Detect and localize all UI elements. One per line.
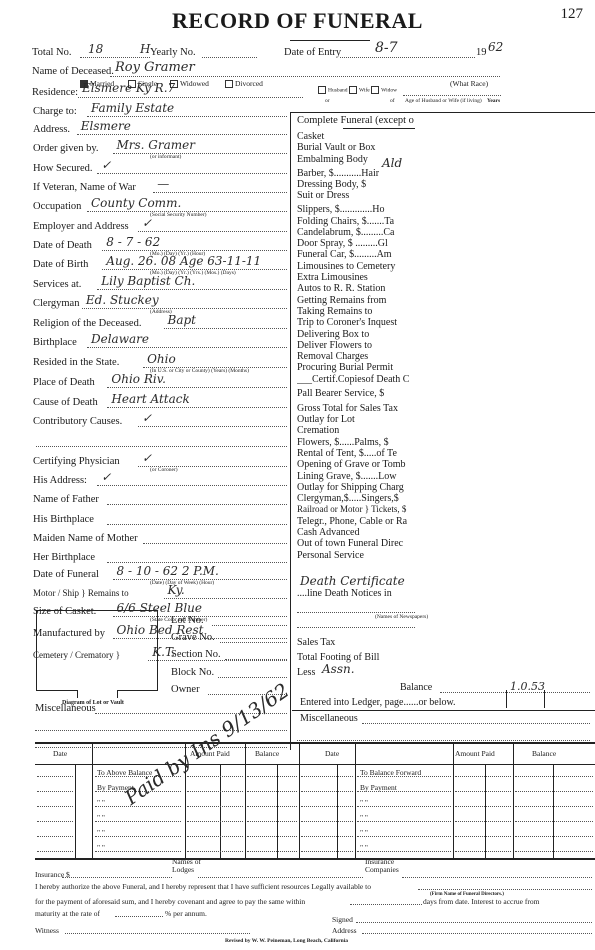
field-value[interactable]: ✓ — [142, 411, 152, 425]
insurance-companies-label: Insurance Companies — [365, 858, 410, 874]
ledger-right-date-header: Date — [325, 749, 339, 758]
date-of-entry-value[interactable]: 8-7 — [375, 40, 398, 56]
lodges-input[interactable] — [198, 877, 363, 878]
field-input[interactable] — [153, 192, 287, 193]
ledger-entry-label: Entered into Ledger, page......or below. — [300, 697, 456, 708]
field-input[interactable] — [164, 598, 288, 599]
ledger-header-rule — [35, 764, 595, 765]
spouse-wife[interactable]: Wife — [359, 87, 370, 93]
field-value[interactable]: County Comm. — [91, 196, 181, 210]
field-input[interactable] — [107, 524, 287, 525]
ledger-col-line — [485, 764, 486, 858]
grave-no-input[interactable] — [220, 642, 287, 643]
field-label: If Veteran, Name of War — [33, 182, 136, 193]
section-no-input[interactable] — [225, 659, 287, 660]
marital-label: Widowed — [180, 79, 209, 88]
field-label: Date of Death — [33, 240, 92, 251]
lot-diagram-post-left — [77, 690, 78, 698]
ledger-cell-input[interactable] — [301, 776, 353, 777]
charges-panel-border — [290, 678, 291, 750]
balance-divider — [544, 690, 545, 708]
ledger-cell-input[interactable] — [455, 791, 511, 792]
field-input[interactable] — [87, 347, 287, 348]
checkbox-icon — [371, 86, 379, 94]
miscellaneous-left-line2[interactable] — [35, 730, 287, 731]
charge-item[interactable]: Extra Limousines — [297, 272, 415, 283]
ledger-cell-input[interactable] — [247, 776, 297, 777]
charges-header-underline — [343, 128, 415, 129]
age-spouse-label: Age of Husband or Wife (if living) — [405, 98, 482, 104]
less-value[interactable]: Assn. — [322, 662, 355, 676]
field-value[interactable]: Ky. — [168, 583, 185, 597]
ledger-col-line — [245, 744, 246, 858]
field-label: His Birthplace — [33, 514, 94, 525]
firm-name-input[interactable] — [418, 889, 592, 890]
miscellaneous-left-label: Miscellaneous — [35, 703, 96, 714]
newspapers-note: (Names of Newspapers) — [375, 614, 428, 620]
year-value[interactable]: 62 — [488, 40, 503, 54]
charge-item[interactable]: Opening of Grave or Tomb — [297, 459, 415, 470]
total-no-value[interactable]: 18 — [88, 42, 103, 56]
signed-input[interactable] — [356, 922, 592, 923]
yearly-no-line — [202, 57, 257, 58]
spouse-options: Husband Wife Widow — [318, 86, 397, 94]
ledger-cell-input[interactable] — [187, 776, 243, 777]
insurance-input[interactable] — [62, 877, 172, 878]
ledger-cell-input[interactable] — [455, 776, 511, 777]
miscellaneous-right-line2[interactable] — [297, 740, 590, 741]
lot-diagram-base-left — [36, 690, 77, 691]
name-line — [110, 76, 500, 77]
residence-value[interactable]: Elsmere Ky R.7 — [82, 81, 175, 95]
date-of-entry-line — [340, 57, 475, 58]
ledger-cell-input[interactable] — [95, 836, 181, 837]
ledger-cell-input[interactable] — [515, 836, 593, 837]
days-input[interactable] — [350, 904, 422, 905]
field-input[interactable] — [107, 504, 287, 505]
date-of-entry-label: Date of Entry — [284, 47, 341, 58]
ledger-right-balance-header: Balance — [532, 749, 556, 758]
charge-item[interactable]: Lining Grave, $.......Low — [297, 471, 415, 482]
witness-input[interactable] — [65, 933, 250, 934]
witness-label: Witness — [35, 926, 59, 935]
charge-item[interactable]: Cash Advanced — [297, 527, 415, 538]
charge-item[interactable]: Autos to R. R. Station — [297, 283, 415, 294]
charge-item[interactable]: Clergyman,$.....Singers,$ — [297, 493, 415, 504]
ledger-cell-input[interactable] — [515, 821, 593, 822]
miscellaneous-right-label: Miscellaneous — [300, 713, 358, 724]
ledger-cell-input[interactable] — [37, 776, 73, 777]
checkbox-icon — [225, 80, 233, 88]
field-label: Religion of the Deceased. — [33, 318, 141, 329]
less-label: Less — [297, 667, 415, 678]
ledger-cell-input[interactable] — [515, 806, 593, 807]
field-label: Birthplace — [33, 337, 77, 348]
charge-item[interactable]: Outlay for Shipping Charg — [297, 482, 415, 493]
ledger-cell-input[interactable] — [247, 806, 297, 807]
field-input[interactable] — [82, 308, 287, 309]
field-label: Employer and Address — [33, 221, 129, 232]
sales-tax-label: Sales Tax — [297, 637, 415, 648]
field-input[interactable] — [97, 485, 287, 486]
ledger-cell-input[interactable] — [187, 806, 243, 807]
field-label: Motor / Ship } Remains to — [33, 588, 129, 598]
year-prefix: 19 — [476, 47, 487, 58]
field-input[interactable] — [164, 328, 288, 329]
ledger-cell-input[interactable] — [37, 836, 73, 837]
field-input[interactable] — [138, 231, 287, 232]
ledger-cell-input[interactable] — [37, 821, 73, 822]
field-value[interactable]: Aug. 26. 08 Age 63-11-11 — [106, 254, 261, 268]
ledger-cell-input[interactable] — [301, 851, 353, 852]
spouse-or: or — [325, 98, 330, 104]
residence-label: Residence: — [32, 87, 78, 98]
field-label: Services at. — [33, 279, 81, 290]
page-number: 127 — [561, 6, 584, 23]
field-input[interactable] — [107, 562, 287, 563]
balance-value[interactable]: 1.0.53 — [510, 680, 545, 693]
ledger-cell-input[interactable] — [37, 806, 73, 807]
ledger-cell-input[interactable] — [357, 791, 451, 792]
field-value[interactable]: 8 - 10 - 62 2 P.M. — [117, 564, 219, 578]
name-of-deceased-value[interactable]: Roy Gramer — [115, 60, 195, 75]
field-value[interactable]: — — [157, 177, 169, 191]
checkbox-icon — [318, 86, 326, 94]
charge-item[interactable]: Pall Bearer Service, $ — [297, 388, 415, 399]
field-note: (or informant) — [150, 154, 181, 160]
ledger-bottom-rule — [35, 858, 595, 860]
maturity-text: maturity at the rate of — [35, 909, 100, 918]
interest-rate-input[interactable] — [115, 916, 163, 917]
charge-item[interactable]: Deliver Flowers to — [297, 340, 415, 351]
field-input[interactable] — [97, 173, 287, 174]
charge-item[interactable]: Cremation — [297, 425, 415, 436]
ledger-cell-input[interactable] — [357, 821, 451, 822]
ledger-entry-rule — [292, 710, 595, 711]
balance-divider — [506, 690, 507, 708]
field-input[interactable] — [113, 153, 288, 154]
balance-label: Balance — [400, 682, 432, 693]
lot-diagram-post-right — [117, 690, 118, 698]
name-of-deceased-label: Name of Deceased. — [32, 66, 114, 77]
residence-line — [78, 97, 303, 98]
charge-item[interactable]: Removal Charges — [297, 351, 415, 362]
ledger-cell-input[interactable] — [357, 836, 451, 837]
ledger-col-line — [220, 764, 221, 858]
ledger-cell-input[interactable] — [357, 776, 451, 777]
race-line — [403, 95, 501, 96]
ledger-cell-input[interactable] — [455, 821, 511, 822]
field-input[interactable] — [36, 446, 287, 447]
title-underline — [290, 40, 370, 41]
field-value[interactable]: Delaware — [91, 332, 149, 346]
spouse-husband[interactable]: Husband — [328, 87, 348, 93]
charge-item[interactable]: Flowers, $......Palms, $ — [297, 437, 415, 448]
field-value[interactable]: Ohio Riv. — [111, 372, 166, 386]
ledger-cell-input[interactable] — [95, 821, 181, 822]
lodges-label: Names of Lodges — [172, 858, 204, 874]
charge-item[interactable]: Telegr., Phone, Cable or Ra — [297, 516, 415, 527]
field-label: Address. — [33, 124, 70, 135]
field-label: Clergyman — [33, 298, 79, 309]
field-input[interactable] — [97, 289, 287, 290]
ledger-cell-input[interactable] — [301, 836, 353, 837]
grave-no-label: Grave No. — [171, 632, 215, 643]
field-value[interactable]: Ohio — [147, 352, 176, 366]
marital-label: Divorced — [235, 79, 263, 88]
field-label: Resided in the State. — [33, 357, 119, 368]
ledger-cell-input[interactable] — [357, 806, 451, 807]
ledger-col-line — [299, 744, 300, 858]
field-label: Certifying Physician — [33, 456, 120, 467]
field-value[interactable]: ✓ — [101, 470, 111, 484]
ledger-cell-input[interactable] — [187, 821, 243, 822]
ledger-cell-input[interactable] — [37, 851, 73, 852]
field-value[interactable]: Family Estate — [91, 101, 174, 115]
charge-item[interactable]: Candelabrum, $.........Ca — [297, 227, 415, 238]
owner-label: Owner — [171, 684, 200, 695]
ledger-cell-input[interactable] — [95, 851, 181, 852]
field-label: Maiden Name of Mother — [33, 533, 138, 544]
ledger-col-line — [513, 744, 514, 858]
charge-item[interactable]: Suit or Dress — [297, 190, 415, 201]
charge-item[interactable]: Outlay for Lot — [297, 414, 415, 425]
field-value[interactable]: ✓ — [101, 158, 111, 172]
field-input[interactable] — [148, 660, 287, 661]
ledger-cell-input[interactable] — [455, 851, 511, 852]
ledger-cell-input[interactable] — [37, 791, 73, 792]
field-value[interactable]: Elsmere — [81, 119, 131, 133]
address-label: Address — [332, 926, 357, 935]
field-label: Cause of Death — [33, 397, 98, 408]
field-input[interactable] — [138, 426, 287, 427]
ledger-cell-input[interactable] — [455, 806, 511, 807]
signed-label: Signed — [332, 915, 353, 924]
payment-text: for the payment of aforesaid sum, and I … — [35, 897, 305, 906]
newspapers-line[interactable] — [297, 627, 415, 628]
charge-item[interactable]: ___Certif.Copiesof Death C — [297, 374, 415, 385]
ledger-left-balance-header: Balance — [255, 749, 279, 758]
ledger-left-date-header: Date — [53, 749, 67, 758]
ledger-cell-input[interactable] — [515, 776, 593, 777]
address-input[interactable] — [362, 933, 592, 934]
field-label: Date of Birth — [33, 259, 88, 270]
field-value[interactable]: ✓ — [142, 216, 152, 230]
ledger-cell-input[interactable] — [187, 836, 243, 837]
field-label: Charge to: — [33, 106, 77, 117]
field-value[interactable]: ✓ — [142, 451, 152, 465]
ledger-table: Date Amount Paid Balance Date Amount Pai… — [35, 744, 595, 862]
ledger-cell-input[interactable] — [247, 836, 297, 837]
field-value[interactable]: Bapt — [168, 313, 196, 327]
field-input[interactable] — [143, 543, 287, 544]
ledger-cell-input[interactable] — [357, 851, 451, 852]
field-label: Occupation — [33, 201, 81, 212]
field-value[interactable]: Ed. Stuckey — [86, 293, 159, 307]
charge-item[interactable]: Procuring Burial Permit — [297, 362, 415, 373]
charge-item[interactable]: Taking Remains to — [297, 306, 415, 317]
charge-item[interactable]: Railroad or Motor } Tickets, $ — [297, 504, 415, 514]
field-label: Place of Death — [33, 377, 95, 388]
charge-item[interactable]: Funeral Car, $.........Am — [297, 249, 415, 260]
ledger-cell-input[interactable] — [247, 851, 297, 852]
ledger-header-row: Date Amount Paid Balance Date Amount Pai… — [35, 744, 595, 764]
charge-item[interactable]: Slippers, $.............Ho — [297, 204, 415, 215]
ledger-cell-input[interactable] — [187, 791, 243, 792]
ledger-cell-input[interactable] — [187, 851, 243, 852]
field-label: Date of Funeral — [33, 569, 99, 580]
lot-diagram-box — [36, 610, 158, 691]
block-no-label: Block No. — [171, 667, 214, 678]
charge-item[interactable]: Folding Chairs, $.......Ta — [297, 216, 415, 227]
ledger-cell-input[interactable] — [247, 791, 297, 792]
ledger-col-line — [337, 764, 338, 858]
ledger-cell-input[interactable] — [301, 806, 353, 807]
miscellaneous-right-input[interactable] — [362, 723, 590, 724]
ledger-cell-input[interactable] — [455, 836, 511, 837]
spouse-of: of — [390, 98, 395, 104]
ledger-right-amount-header: Amount Paid — [455, 749, 495, 758]
field-label: Her Birthplace — [33, 552, 95, 563]
insurance-companies-input[interactable] — [402, 877, 592, 878]
years-label: Years — [487, 98, 500, 104]
field-label: Contributory Causes. — [33, 416, 122, 427]
field-label: His Address: — [33, 475, 87, 486]
yearly-no-value[interactable]: H — [140, 42, 150, 56]
charge-item[interactable]: Delivering Box to — [297, 329, 415, 340]
checkbox-icon — [349, 86, 357, 94]
personal-service-value[interactable]: Death Certificate — [300, 574, 405, 588]
total-footing-label: Total Footing of Bill — [297, 652, 415, 663]
charge-item[interactable]: Door Spray, $ .........Gl — [297, 238, 415, 249]
revised-credit: Revised by W. W. Peineman, Long Beach, C… — [225, 938, 348, 944]
field-value[interactable]: Mrs. Gramer — [117, 138, 196, 152]
ledger-col-line — [355, 744, 356, 858]
field-label: Name of Father — [33, 494, 99, 505]
ledger-col-line — [453, 744, 454, 858]
field-label: Order given by. — [33, 143, 99, 154]
charge-item[interactable]: Trip to Coroner's Inquest — [297, 317, 415, 328]
ledger-col-line — [277, 764, 278, 858]
charge-item[interactable]: Dressing Body, $ — [297, 179, 415, 190]
marital-widowed[interactable]: Widowed — [170, 79, 209, 88]
ledger-cell-input[interactable] — [301, 791, 353, 792]
field-input[interactable] — [107, 407, 287, 408]
field-input[interactable] — [107, 387, 287, 388]
yearly-no-label: Yearly No. — [150, 47, 196, 58]
charge-item[interactable]: Out of town Funeral Direc — [297, 538, 415, 549]
field-note: (or Coroner) — [150, 467, 178, 473]
total-no-line — [80, 57, 150, 58]
ledger-col-line — [553, 764, 554, 858]
ledger-cell-input[interactable] — [247, 821, 297, 822]
lot-diagram-base-right — [117, 690, 158, 691]
charge-item[interactable]: Burial Vault or Box — [297, 142, 415, 153]
ledger-cell-input[interactable] — [515, 851, 593, 852]
spouse-widow[interactable]: Widow — [381, 87, 397, 93]
days-text: days from date. Interest to accrue from — [423, 897, 539, 906]
block-no-input[interactable] — [218, 677, 287, 678]
charge-item[interactable]: Limousines to Cemetery — [297, 261, 415, 272]
field-label: How Secured. — [33, 163, 92, 174]
field-value[interactable]: Lily Baptist Ch. — [101, 274, 195, 288]
marital-divorced[interactable]: Divorced — [225, 79, 263, 88]
page-title: RECORD OF FUNERAL — [0, 8, 595, 34]
field-value[interactable]: Heart Attack — [111, 392, 189, 406]
lot-no-input[interactable] — [212, 625, 287, 626]
field-value[interactable]: 8 - 7 - 62 — [106, 235, 160, 249]
charge-item[interactable]: Gross Total for Sales Tax — [297, 403, 415, 414]
per-annum-text: % per annum. — [165, 909, 207, 918]
death-notices-label: ....line Death Notices in — [297, 588, 415, 599]
charge-item[interactable]: Casket — [297, 131, 415, 142]
authorize-text: I hereby authorize the above Funeral, an… — [35, 882, 371, 891]
section-no-label: Section No. — [171, 649, 221, 660]
field-note: (Social Security Number) — [150, 212, 207, 218]
embalming-value[interactable]: Ald — [382, 156, 402, 170]
ledger-cell-input[interactable] — [515, 791, 593, 792]
charge-item[interactable]: Rental of Tent, $.....of Te — [297, 448, 415, 459]
total-no-label: Total No. — [32, 47, 72, 58]
field-input[interactable] — [87, 116, 287, 117]
field-input[interactable] — [77, 134, 287, 135]
charge-item[interactable]: Personal Service — [297, 550, 415, 561]
lot-no-label: Lot No. — [171, 615, 204, 626]
charge-item[interactable]: Getting Remains from — [297, 295, 415, 306]
ledger-col-line — [92, 744, 93, 858]
what-race-note: (What Race) — [450, 79, 488, 88]
charges-header: Complete Funeral (except o — [297, 115, 415, 126]
ledger-col-line — [75, 764, 76, 858]
death-notices-line[interactable] — [297, 612, 415, 613]
ledger-cell-input[interactable] — [301, 821, 353, 822]
